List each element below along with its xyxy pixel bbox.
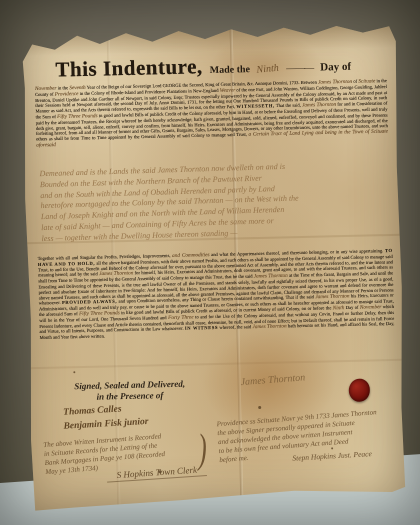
opening-paragraph: November in the Seventh Year of the Reig… <box>35 78 388 148</box>
indenture-document: This Indenture, Made the Ninth ——— Day o… <box>21 22 408 512</box>
handwritten-land-description: Demeaned and is the Lands the said James… <box>39 159 389 245</box>
speck <box>73 371 75 373</box>
title-this-indenture: This Indenture, <box>55 54 203 82</box>
document-title-line: This Indenture, Made the Ninth ——— Day o… <box>55 50 385 82</box>
attestation-block: Signed, Sealed and Delivered, in the Pre… <box>55 378 206 429</box>
handwritten-day-name: Ninth <box>257 63 280 76</box>
photograph-of-indenture: This Indenture, Made the Ninth ——— Day o… <box>0 0 420 525</box>
witness-signatures: Thomas CallesBenjamin Fisk junior <box>55 402 206 429</box>
title-day-of: Day of <box>320 61 351 74</box>
red-wax-seal <box>349 378 371 401</box>
title-made-the: Made the <box>210 64 251 76</box>
blank-rule: ——— <box>286 63 313 75</box>
habendum-paragraph: Together with all and Singular the Profi… <box>38 248 395 341</box>
